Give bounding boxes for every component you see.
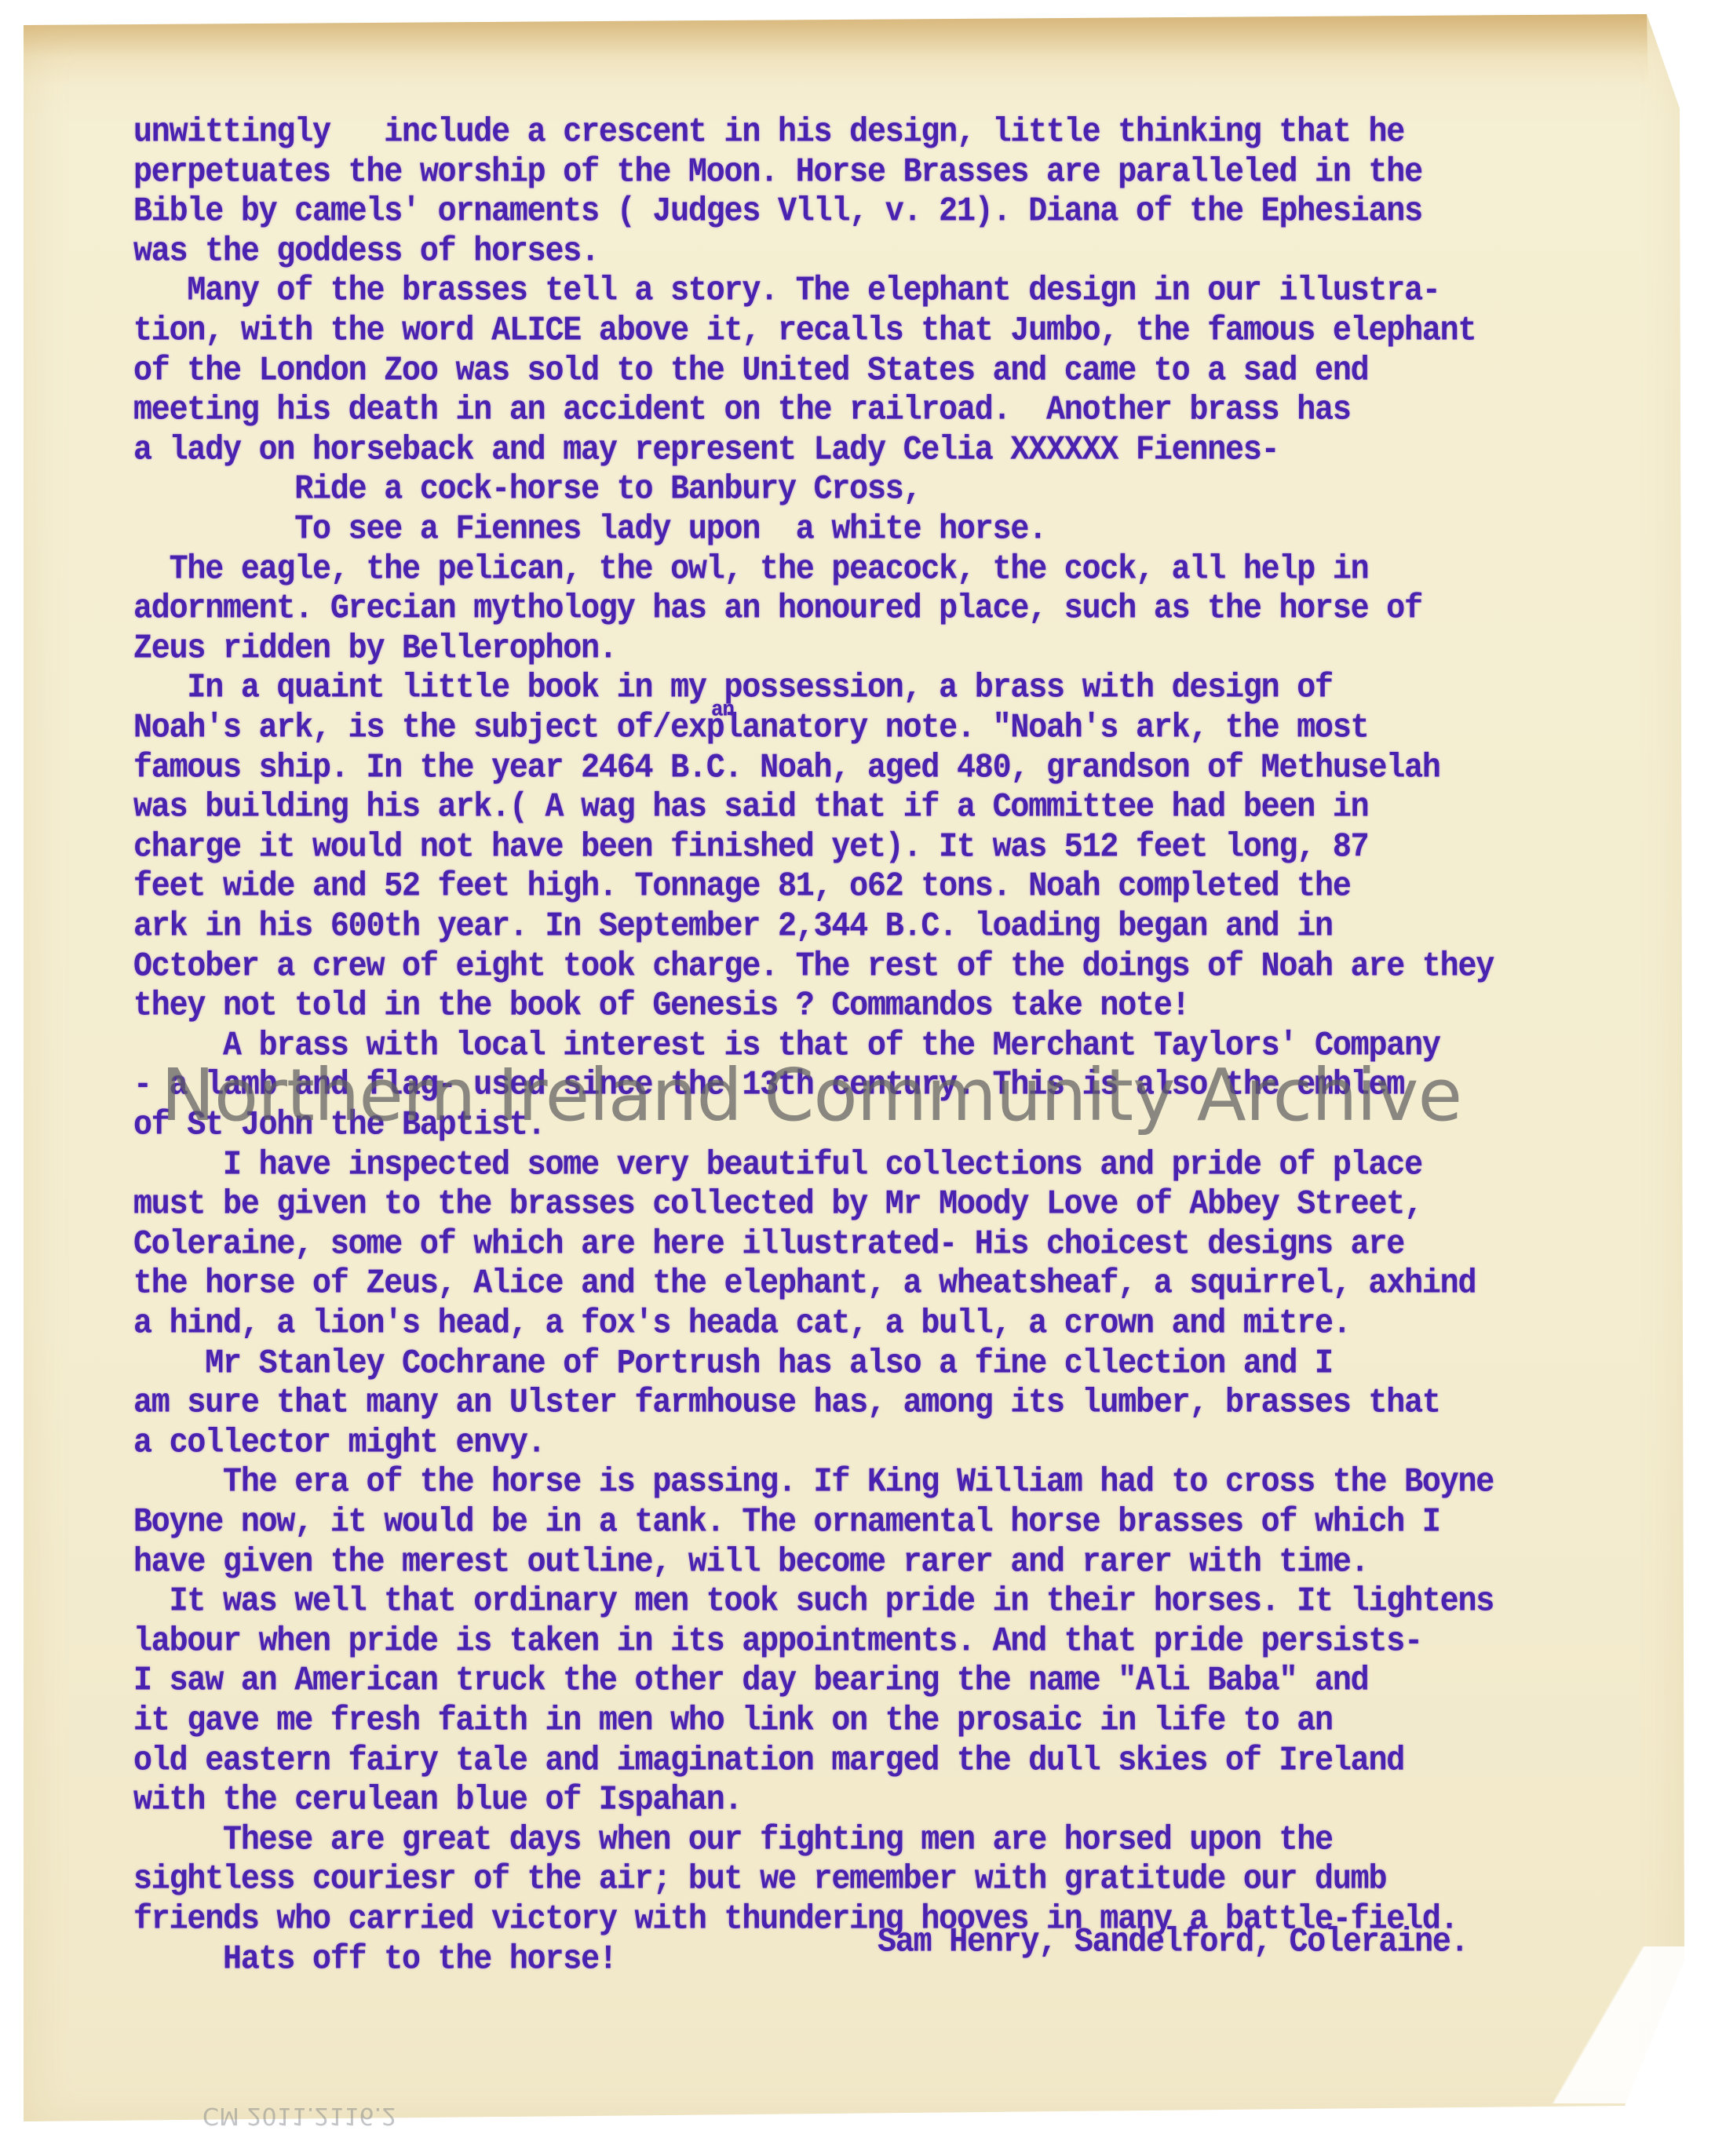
archive-watermark: Northern Ireland Community Archive [161,1053,1461,1137]
signature: Sam Henry, Sandelford, Coleraine. [878,1926,1469,1960]
interlinear-correction: an [711,699,734,720]
pencil-reference-number: CM 2011.2116.2 [203,2102,396,2129]
